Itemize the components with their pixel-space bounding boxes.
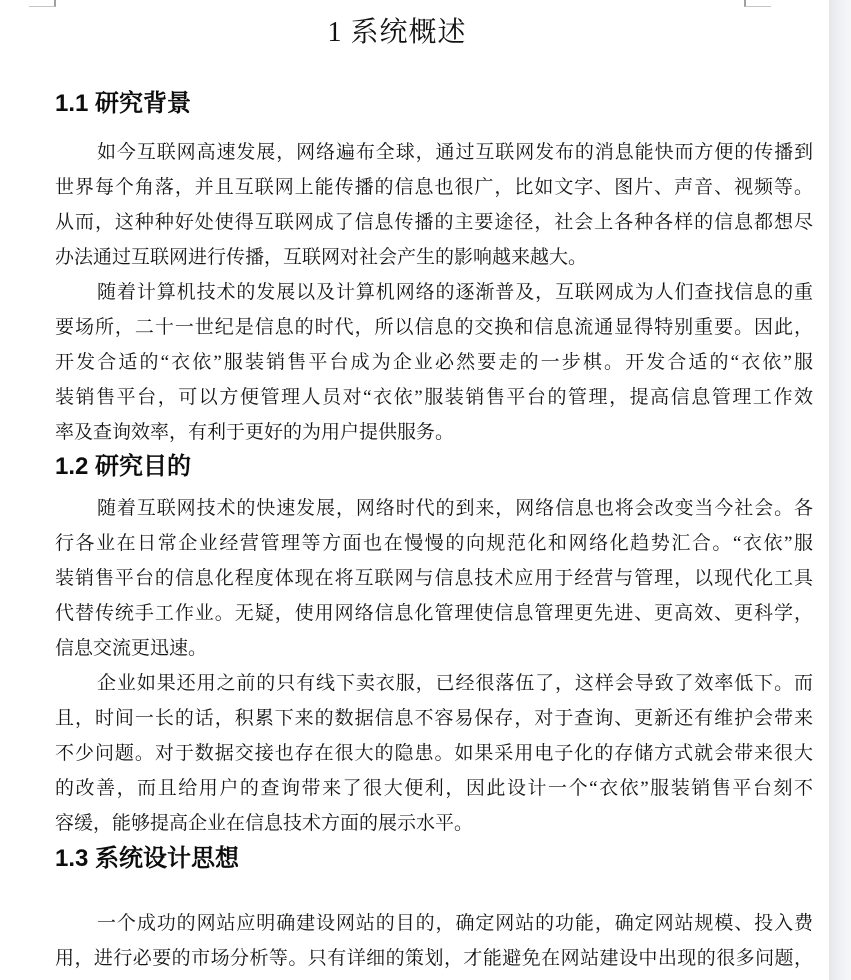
paragraph: 如今互联网高速发展，网络遍布全球，通过互联网发布的消息能快而方便的传播到 世界每… xyxy=(55,135,813,275)
section-heading-research-background: 1.1 研究背景 xyxy=(55,89,813,119)
document-window: 1 系统概述 1.1 研究背景 如今互联网高速发展，网络遍布全球，通过互联网发布… xyxy=(0,0,851,980)
text-line: 企业如果还用之前的只有线下卖衣服，已经很落伍了，这样会导致了效率低下。而 xyxy=(55,666,813,701)
text-line: 办法通过互联网进行传播，互联网对社会产生的影响越来越大。 xyxy=(55,240,813,275)
margin-crop-mark-left-icon xyxy=(29,0,56,7)
text-line: 随着计算机技术的发展以及计算机网络的逐渐普及，互联网成为人们查找信息的重 xyxy=(55,275,813,310)
text-line: 的改善，而且给用户的查询带来了很大便利，因此设计一个“衣依”服装销售平台刻不 xyxy=(55,771,813,806)
paragraph: 企业如果还用之前的只有线下卖衣服，已经很落伍了，这样会导致了效率低下。而 且，时… xyxy=(55,666,813,841)
document-page[interactable]: 1 系统概述 1.1 研究背景 如今互联网高速发展，网络遍布全球，通过互联网发布… xyxy=(0,0,829,980)
window-background-strip xyxy=(829,0,851,980)
text-line: 装销售平台，可以方便管理人员对“衣依”服装销售平台的管理，提高信息管理工作效 xyxy=(55,380,813,415)
text-line: 如今互联网高速发展，网络遍布全球，通过互联网发布的消息能快而方便的传播到 xyxy=(55,135,813,170)
chapter-title: 1 系统概述 xyxy=(18,14,776,52)
paragraph: 随着计算机技术的发展以及计算机网络的逐渐普及，互联网成为人们查找信息的重 要场所… xyxy=(55,275,813,450)
text-line: 行各业在日常企业经营管理等方面也在慢慢的向规范化和网络化趋势汇合。“衣依”服 xyxy=(55,526,813,561)
text-line: 用，进行必要的市场分析等。只有详细的策划，才能避免在网站建设中出现的很多问题， xyxy=(55,941,813,976)
text-line: 随着互联网技术的快速发展，网络时代的到来，网络信息也将会改变当今社会。各 xyxy=(55,491,813,526)
text-line: 且，时间一长的话，积累下来的数据信息不容易保存，对于查询、更新还有维护会带来 xyxy=(55,701,813,736)
text-line: 世界每个角落，并且互联网上能传播的信息也很广，比如文字、图片、声音、视频等。 xyxy=(55,170,813,205)
section-heading-research-purpose: 1.2 研究目的 xyxy=(55,452,813,482)
text-line: 代替传统手工作业。无疑，使用网络信息化管理使信息管理更先进、更高效、更科学， xyxy=(55,596,813,631)
text-line: 率及查询效率，有利于更好的为用户提供服务。 xyxy=(55,415,813,450)
text-line: 信息交流更迅速。 xyxy=(55,631,813,666)
paragraph: 随着互联网技术的快速发展，网络时代的到来，网络信息也将会改变当今社会。各 行各业… xyxy=(55,491,813,666)
text-line: 从而，这种种好处使得互联网成了信息传播的主要途径，社会上各种各样的信息都想尽 xyxy=(55,205,813,240)
text-line: 开发合适的“衣依”服装销售平台成为企业必然要走的一步棋。开发合适的“衣依”服 xyxy=(55,345,813,380)
text-line: 要场所，二十一世纪是信息的时代，所以信息的交换和信息流通显得特别重要。因此， xyxy=(55,310,813,345)
document-text-area[interactable]: 1 系统概述 1.1 研究背景 如今互联网高速发展，网络遍布全球，通过互联网发布… xyxy=(55,0,813,976)
text-line: 一个成功的网站应明确建设网站的目的，确定网站的功能，确定网站规模、投入费 xyxy=(55,906,813,941)
section-heading-system-design-concept: 1.3 系统设计思想 xyxy=(55,844,813,874)
text-line: 装销售平台的信息化程度体现在将互联网与信息技术应用于经营与管理，以现代化工具 xyxy=(55,561,813,596)
text-line: 不少问题。对于数据交接也存在很大的隐患。如果采用电子化的存储方式就会带来很大 xyxy=(55,736,813,771)
text-line: 容缓，能够提高企业在信息技术方面的展示水平。 xyxy=(55,806,813,841)
paragraph: 一个成功的网站应明确建设网站的目的，确定网站的功能，确定网站规模、投入费 用，进… xyxy=(55,906,813,976)
